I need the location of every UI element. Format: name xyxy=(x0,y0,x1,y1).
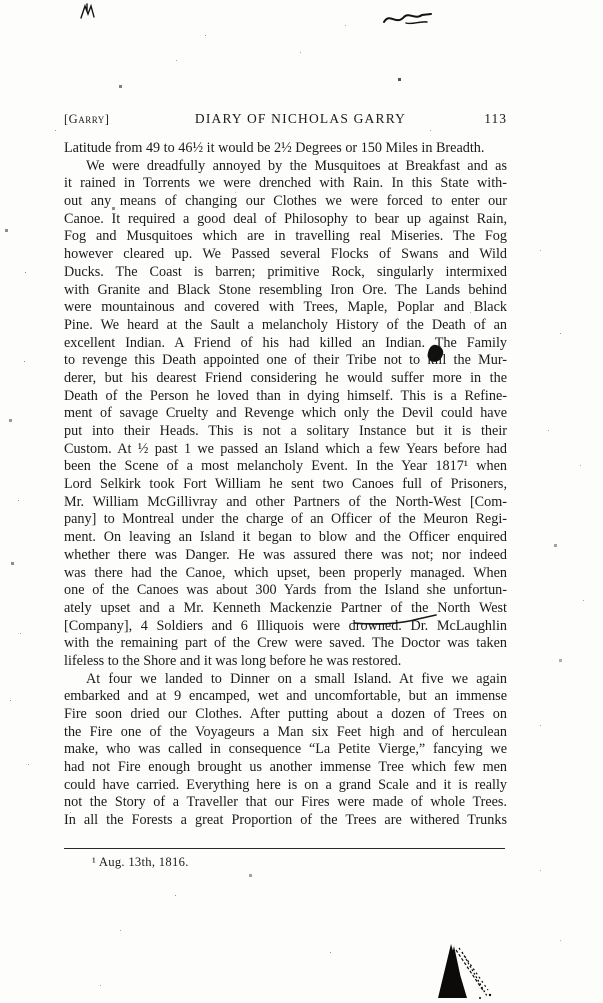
text-line: Fire soon dried our Clothes. After putti… xyxy=(64,706,507,724)
text-line: had not Fire enough brought us another i… xyxy=(64,759,507,777)
text-line: Canoe. It required a good deal of Philos… xyxy=(64,211,507,229)
text-line: lifeless to the Shore and it was long be… xyxy=(64,653,507,671)
text-line: At four we landed to Dinner on a small I… xyxy=(64,671,507,689)
paragraph: We were dreadfully annoyed by the Musqui… xyxy=(64,158,507,671)
text-line: could have carried. Everything here is o… xyxy=(64,777,507,795)
text-line: pany] to Montreal under the charge of an… xyxy=(64,511,507,529)
text-line: whether there was Danger. He was assured… xyxy=(64,547,507,565)
text-line: Death of the Person he loved than in dyi… xyxy=(64,388,507,406)
text-line: it rained in Torrents we were drenched w… xyxy=(64,175,507,193)
text-line: the Fire one of the Voyageurs a Man six … xyxy=(64,724,507,742)
text-line: Custom. At ½ past 1 we passed an Island … xyxy=(64,441,507,459)
text-line: with Granite and Black Stone resembling … xyxy=(64,282,507,300)
text-line: not the Story of a Traveller that our Fi… xyxy=(64,794,507,812)
handwritten-mark-top-left-icon xyxy=(78,3,98,23)
text-line: Pine. We heard at the Sault a melancholy… xyxy=(64,317,507,335)
page-title: DIARY OF NICHOLAS GARRY xyxy=(154,111,447,127)
header-source-tag: [Garry] xyxy=(64,112,154,127)
text-line: with the remaining part of the Crew were… xyxy=(64,635,507,653)
text-line: put into their Heads. This is not a soli… xyxy=(64,423,507,441)
text-line: ment of savage Cruelty and Revenge which… xyxy=(64,405,507,423)
running-header: [Garry] DIARY OF NICHOLAS GARRY 113 xyxy=(64,111,507,127)
footnote-rule xyxy=(64,848,505,849)
footnote: ¹ Aug. 13th, 1816. xyxy=(92,855,189,870)
text-line: make, who was called in consequence “La … xyxy=(64,741,507,759)
text-line: to revenge this Death appointed one of t… xyxy=(64,352,507,370)
page-number: 113 xyxy=(447,111,507,127)
text-line: Lord Selkirk took Fort William he sent t… xyxy=(64,476,507,494)
scan-speckles xyxy=(0,0,1,1)
text-line: been the Scene of a most melancholy Even… xyxy=(64,458,507,476)
text-line: derer, but his dearest Friend considerin… xyxy=(64,370,507,388)
text-line: In all the Forests a great Proportion of… xyxy=(64,812,507,830)
ink-blot-bottom-right-icon xyxy=(432,940,502,1002)
paragraph: At four we landed to Dinner on a small I… xyxy=(64,671,507,830)
text-line: were mountainous and covered with Trees,… xyxy=(64,299,507,317)
text-line: however cleared up. We Passed several Fl… xyxy=(64,246,507,264)
text-line: excellent Indian. A Friend of his had ki… xyxy=(64,335,507,353)
text-line: embarked and at 9 encamped, wet and unco… xyxy=(64,688,507,706)
scanned-book-page: [Garry] DIARY OF NICHOLAS GARRY 113 Lati… xyxy=(0,0,603,1003)
text-line: one of the Canoes was about 300 Yards fr… xyxy=(64,582,507,600)
paragraph: Latitude from 49 to 46½ it would be 2½ D… xyxy=(64,140,507,158)
text-line: ment. On leaving an Island it began to b… xyxy=(64,529,507,547)
pen-scribble-top-right-icon xyxy=(382,8,434,30)
text-line: Fog and Musquitoes which are in travelli… xyxy=(64,228,507,246)
text-line: [Company], 4 Soldiers and 6 Illiquois we… xyxy=(64,618,507,636)
text-line: Ducks. The Coast is barren; primitive Ro… xyxy=(64,264,507,282)
text-line: was there had the Canoe, which upset, be… xyxy=(64,565,507,583)
text-line: ately upset and a Mr. Kenneth Mackenzie … xyxy=(64,600,507,618)
text-line: We were dreadfully annoyed by the Musqui… xyxy=(64,158,507,176)
text-line: Latitude from 49 to 46½ it would be 2½ D… xyxy=(64,140,507,158)
text-line: Mr. William McGillivray and other Partne… xyxy=(64,494,507,512)
text-line: out any means of changing our Clothes we… xyxy=(64,193,507,211)
body-text: Latitude from 49 to 46½ it would be 2½ D… xyxy=(64,140,507,830)
